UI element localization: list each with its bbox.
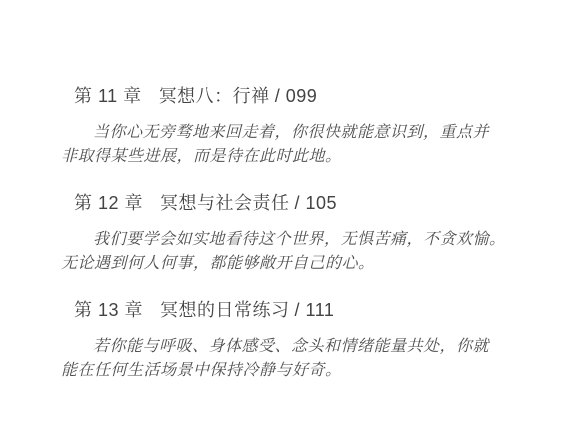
summary-line: 能在任何生活场景中保持冷静与好奇。 (61, 358, 523, 382)
toc-entry-chapter-11: 第 11 章冥想八：行禅/ 099 当你心无旁骛地来回走着，你很快就能意识到，重… (61, 86, 523, 168)
chapter-page-number: / 111 (295, 300, 335, 320)
chapter-title: 冥想的日常练习 (160, 300, 290, 320)
chapter-summary: 若你能与呼吸、身体感受、念头和情绪能量共处，你就 能在任何生活场景中保持冷静与好… (61, 334, 523, 382)
summary-line: 非取得某些进展，而是待在此时此地。 (61, 144, 523, 168)
chapter-heading: 第 11 章冥想八：行禅/ 099 (61, 86, 523, 107)
chapter-label: 第 11 章 (74, 86, 142, 106)
table-of-contents: 第 11 章冥想八：行禅/ 099 当你心无旁骛地来回走着，你很快就能意识到，重… (61, 86, 523, 407)
chapter-heading: 第 12 章冥想与社会责任/ 105 (61, 193, 523, 214)
toc-entry-chapter-13: 第 13 章冥想的日常练习/ 111 若你能与呼吸、身体感受、念头和情绪能量共处… (61, 300, 523, 382)
summary-line: 当你心无旁骛地来回走着，你很快就能意识到，重点并 (61, 120, 523, 144)
chapter-title: 冥想八：行禅 (159, 86, 270, 106)
chapter-title: 冥想与社会责任 (160, 193, 290, 213)
summary-line: 我们要学会如实地看待这个世界，无惧苦痛，不贪欢愉。 (61, 227, 523, 251)
toc-entry-chapter-12: 第 12 章冥想与社会责任/ 105 我们要学会如实地看待这个世界，无惧苦痛，不… (61, 193, 523, 275)
summary-line: 无论遇到何人何事，都能够敞开自己的心。 (61, 251, 523, 275)
chapter-summary: 我们要学会如实地看待这个世界，无惧苦痛，不贪欢愉。 无论遇到何人何事，都能够敞开… (61, 227, 523, 275)
chapter-page-number: / 105 (295, 193, 338, 213)
book-page: 第 11 章冥想八：行禅/ 099 当你心无旁骛地来回走着，你很快就能意识到，重… (0, 0, 564, 425)
chapter-label: 第 13 章 (74, 300, 143, 320)
chapter-label: 第 12 章 (74, 193, 143, 213)
chapter-page-number: / 099 (275, 86, 318, 106)
chapter-heading: 第 13 章冥想的日常练习/ 111 (61, 300, 523, 321)
summary-line: 若你能与呼吸、身体感受、念头和情绪能量共处，你就 (61, 334, 523, 358)
chapter-summary: 当你心无旁骛地来回走着，你很快就能意识到，重点并 非取得某些进展，而是待在此时此… (61, 120, 523, 168)
